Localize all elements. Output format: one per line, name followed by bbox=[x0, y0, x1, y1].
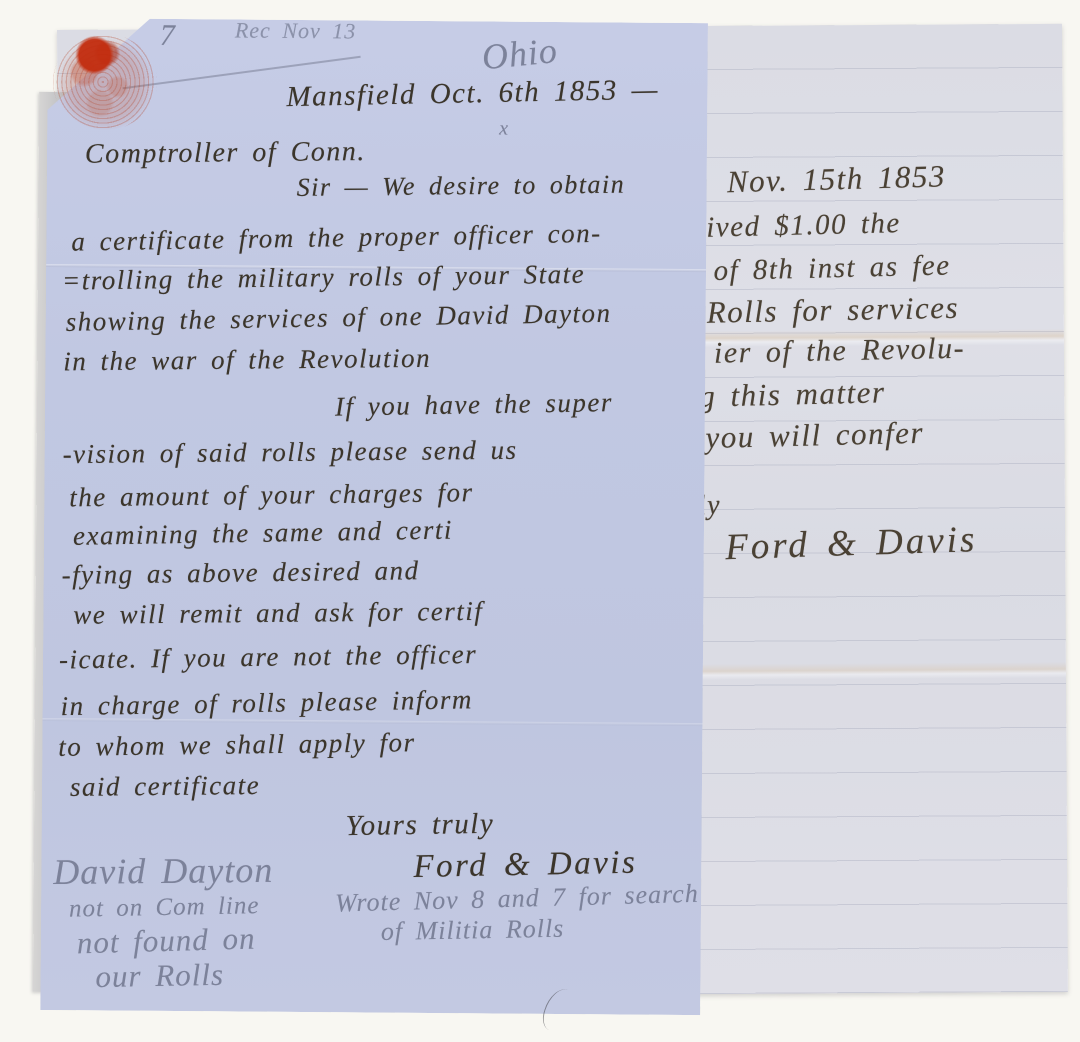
letter-opening: Sir — We desire to obtain bbox=[297, 172, 626, 201]
letter-line: showing the services of one David Dayton bbox=[65, 300, 611, 336]
reply-dateline: Nov. 15th 1853 bbox=[727, 160, 947, 197]
letter-line: to whom we shall apply for bbox=[58, 729, 416, 761]
reply-line: Rolls for services bbox=[706, 292, 959, 328]
pencil-state-note: Ohio bbox=[480, 32, 559, 75]
reply-line: ier of the Revolu- bbox=[714, 334, 966, 369]
letter-page: 7 Rec Nov 13 Ohio x Mansfield Oct. 6th 1… bbox=[40, 18, 708, 1015]
pencil-name-note: David Dayton bbox=[53, 852, 273, 890]
reply-line: ived $1.00 the bbox=[706, 209, 901, 243]
letter-line: If you have the super bbox=[335, 389, 613, 421]
reply-line: of 8th inst as fee bbox=[713, 251, 951, 286]
pencil-reply-note: of Militia Rolls bbox=[381, 916, 565, 945]
letter-dateline: Mansfield Oct. 6th 1853 — bbox=[286, 76, 659, 112]
pencil-note: not on Com line bbox=[69, 893, 260, 921]
letter-line: said certificate bbox=[70, 772, 260, 801]
letter-line: we will remit and ask for certif bbox=[73, 598, 483, 629]
letter-line: -icate. If you are not the officer bbox=[59, 641, 477, 673]
pencil-note: our Rolls bbox=[95, 959, 224, 992]
letter-line: in charge of rolls please inform bbox=[60, 686, 473, 720]
letter-line: =trolling the military rolls of your Sta… bbox=[62, 261, 586, 295]
letter-line: in the war of the Revolution bbox=[63, 345, 431, 376]
pencil-received-note: Rec Nov 13 bbox=[235, 19, 357, 42]
letter-signature: Ford & Davis bbox=[413, 847, 638, 884]
letter-line: examining the same and certi bbox=[73, 517, 453, 550]
letter-line: a certificate from the proper officer co… bbox=[71, 220, 602, 256]
document-scan: Nov. 15th 1853 ived $1.00 the of 8th ins… bbox=[0, 0, 1080, 1042]
letter-closing: Yours truly bbox=[345, 810, 494, 841]
wax-seal bbox=[53, 34, 157, 130]
pencil-file-number: 7 bbox=[160, 21, 176, 51]
pencil-mark: x bbox=[499, 119, 509, 139]
letter-line: the amount of your charges for bbox=[69, 479, 474, 511]
pencil-reply-note: Wrote Nov 8 and 7 for search bbox=[335, 881, 699, 917]
reply-line: you will confer bbox=[705, 417, 924, 453]
letter-line: -vision of said rolls please send us bbox=[62, 437, 517, 468]
letter-line: -fying as above desired and bbox=[61, 557, 419, 589]
reply-line: g this matter bbox=[699, 376, 886, 411]
pencil-note: not found on bbox=[76, 923, 256, 959]
letter-salutation: Comptroller of Conn. bbox=[85, 138, 366, 169]
reply-signature: Ford & Davis bbox=[725, 521, 978, 566]
